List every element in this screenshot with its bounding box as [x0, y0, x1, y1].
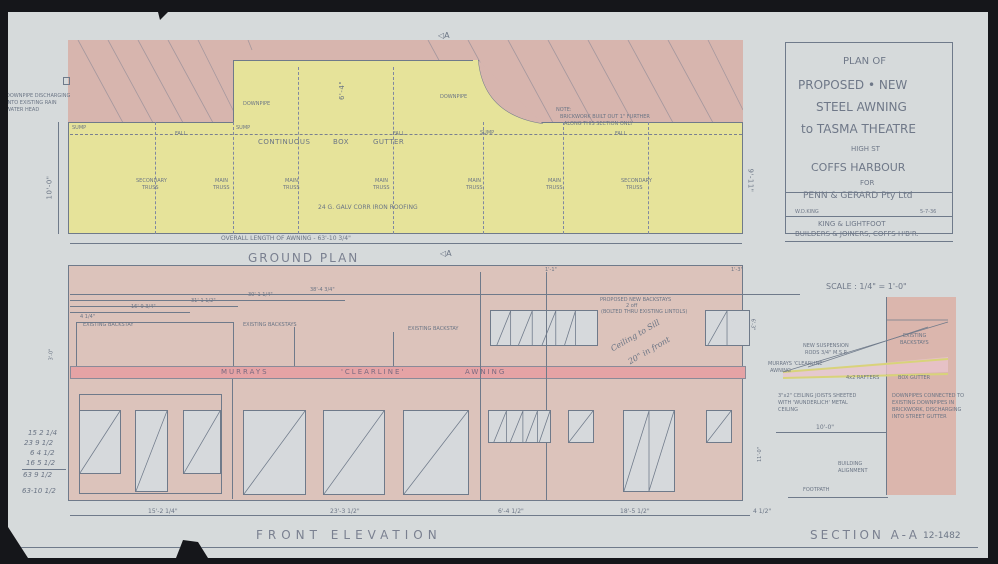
- truss-line: [298, 67, 299, 234]
- fall-label: FALL: [615, 132, 626, 137]
- existing-backstay: [76, 322, 77, 366]
- pilaster: [480, 272, 481, 500]
- new-backstays-note: (BOLTED THRU EXISTING LINTOLS): [601, 310, 687, 315]
- section-aa-title: SECTION A-A: [810, 529, 920, 541]
- building-alignment-label: ALIGNMENT: [838, 469, 868, 474]
- awning-sign-text: 'CLEARLINE': [341, 369, 405, 376]
- margin-calc: 63 9 1/2: [23, 472, 52, 479]
- awning-sign: [70, 366, 746, 379]
- brickwork-note: ALONG THIS SECTION ONLY: [564, 122, 633, 127]
- suspension-rods-label: RODS 3/4" M.S.R.: [805, 351, 849, 356]
- dim-right: 9'-11": [747, 168, 754, 192]
- title-line-1: PLAN OF: [843, 57, 886, 67]
- brickwork-note: BRICKWORK BUILT OUT 1" FURTHER: [560, 115, 650, 120]
- dim-1-3: 1'-3": [731, 268, 743, 273]
- overall-length: OVERALL LENGTH OF AWNING - 63'-10 3/4": [218, 236, 354, 242]
- murrays-awning-label: AWNING: [770, 369, 791, 374]
- dim-bottom: 4 1/2": [753, 509, 771, 515]
- shop-door: [135, 410, 168, 492]
- calc-rule: [22, 469, 66, 470]
- downpipes-label: INTO STREET GUTTER: [892, 415, 947, 420]
- downpipe-label: DOWNPIPE: [243, 102, 270, 107]
- awning-sign-text: MURRAYS: [221, 369, 269, 376]
- dim-3-0: 3'-0": [49, 349, 54, 361]
- downpipe-note: INTO EXISTING RAIN: [6, 101, 57, 106]
- truss-label: MAIN: [285, 179, 298, 184]
- truss-label: MAIN: [468, 179, 481, 184]
- existing-backstay: [393, 332, 394, 366]
- box-gutter-label: BOX GUTTER: [898, 376, 930, 381]
- section-marker-bottom: ◁A: [440, 250, 452, 258]
- sheet-border-bottom: [18, 547, 978, 548]
- truss-label: SECONDARY: [136, 179, 167, 184]
- small-window: [568, 410, 594, 443]
- gutter-label: BOX: [333, 139, 349, 146]
- truss-label: SECONDARY: [621, 179, 652, 184]
- ceiling-label: CEILING: [778, 408, 798, 413]
- margin-calc: 23 9 1/2: [24, 440, 53, 447]
- front-elevation-title: FRONT ELEVATION: [256, 529, 442, 541]
- existing-backstay: [294, 327, 295, 366]
- rain-water-head: [63, 77, 70, 85]
- title-frame: [785, 42, 953, 234]
- truss-label: MAIN: [375, 179, 388, 184]
- footpath-label: FOOTPATH: [803, 488, 829, 493]
- truss-line: [233, 122, 234, 234]
- theatre-door: [243, 410, 306, 495]
- theatre-door: [323, 410, 385, 495]
- ceiling-label: WITH 'WUNDERLICH' METAL: [778, 401, 848, 406]
- ceiling-label: 3"x2" CEILING JOISTS SHEETED: [778, 394, 856, 399]
- ground-plan-title: GROUND PLAN: [248, 252, 359, 264]
- footpath-line: [788, 497, 888, 498]
- dim-6-3: 6'-3": [749, 319, 754, 331]
- dim-line: [70, 294, 800, 295]
- backstay-label: EXISTING BACKSTAY: [408, 327, 458, 332]
- title-divider-2: [785, 216, 953, 217]
- roofing-note: 24 G. GALV CORR IRON ROOFING: [318, 205, 418, 211]
- truss-label: TRUSS: [373, 186, 390, 191]
- shop-window: [79, 410, 121, 474]
- dim-top: 38'-4 3/4": [310, 288, 335, 293]
- title-line-7: FOR: [860, 180, 874, 187]
- title-line-8: PENN & GERARD Pty Ltd: [803, 192, 912, 201]
- dim-top: 30'-1 1/4": [248, 293, 273, 298]
- title-divider-3: [785, 241, 953, 242]
- dim-bottom: 6'-4 1/2": [496, 509, 526, 515]
- suspension-rods-label: NEW SUSPENSION: [803, 344, 849, 349]
- margin-calc: 6 4 1/2: [30, 450, 55, 457]
- transom-window: [488, 410, 551, 443]
- downpipe-label: DOWNPIPE: [440, 95, 467, 100]
- builder-line-1: KING & LIGHTFOOT: [818, 221, 885, 228]
- truss-label: TRUSS: [626, 186, 643, 191]
- downpipes-label: BRICKWORK, DISCHARGING: [892, 408, 961, 413]
- building-alignment-label: BUILDING: [838, 462, 862, 467]
- drawing-number: 12-1482: [923, 532, 961, 541]
- backstay-label: EXISTING BACKSTAY: [83, 323, 133, 328]
- sump-label: SUMP: [480, 131, 494, 136]
- dim-top: 16'-9 3/4": [131, 305, 156, 310]
- truss-label: MAIN: [548, 179, 561, 184]
- fall-label: FALL: [393, 132, 404, 137]
- theatre-door: [403, 410, 469, 495]
- drawing-date: 5-7-36: [920, 210, 936, 215]
- downpipe-note: WATER HEAD: [6, 108, 39, 113]
- title-line-2: PROPOSED • NEW: [798, 79, 907, 91]
- small-window: [706, 410, 732, 443]
- title-line-5: HIGH ST: [851, 146, 880, 153]
- section-width: 10'-0": [816, 425, 834, 431]
- existing-backstays-label: BACKSTAYS: [900, 341, 929, 346]
- double-door: [623, 410, 675, 492]
- awning-inset-area: [233, 60, 479, 125]
- gutter-label: CONTINUOUS: [258, 139, 310, 146]
- drawing-sheet: ◁A DOWNPIPE DISCHARGING INTO EXISTING RA…: [8, 12, 988, 558]
- sump-label: SUMP: [72, 126, 86, 131]
- gutter-label: GUTTER: [373, 139, 404, 146]
- dim-line: [70, 312, 190, 313]
- drawn-by: W.D.KING: [795, 210, 819, 215]
- truss-label: MAIN: [215, 179, 228, 184]
- margin-calc: 63-10 1/2: [22, 488, 56, 495]
- curved-brick-edge: [473, 60, 553, 126]
- gutter-line: [70, 134, 742, 135]
- sump-label: SUMP: [236, 126, 250, 131]
- title-line-6: COFFS HARBOUR: [811, 162, 905, 173]
- title-line-4: to TASMA THEATRE: [801, 123, 916, 135]
- dim-bottom: 23'-3 1/2": [328, 509, 362, 515]
- murrays-awning-label: MURRAYS 'CLEARLINE': [768, 362, 824, 367]
- title-line-3: STEEL AWNING: [816, 101, 907, 113]
- truss-label: TRUSS: [142, 186, 159, 191]
- truss-label: TRUSS: [466, 186, 483, 191]
- dim-line-left: [58, 122, 59, 234]
- existing-backstay: [233, 322, 234, 366]
- upper-window: [490, 310, 598, 346]
- rafters-label: 4x2 RAFTERS: [846, 376, 879, 381]
- brickwork-note: NOTE:: [556, 108, 572, 113]
- overall-dim-line: [70, 243, 742, 244]
- section-marker-top: ◁A: [438, 32, 450, 40]
- margin-calc: 15 2 1/4: [28, 430, 57, 437]
- downpipes-label: DOWNPIPES CONNECTED TO: [892, 394, 964, 399]
- existing-backstays-label: EXISTING: [903, 334, 926, 339]
- dim-bottom: 18'-5 1/2": [618, 509, 652, 515]
- upper-window: [705, 310, 750, 346]
- dim-line-bottom: [70, 515, 750, 516]
- dim-11-0: 11'-0": [758, 447, 763, 462]
- scale: SCALE : 1/4" = 1'-0": [826, 283, 907, 291]
- backstay-label: EXISTING BACKSTAYS: [243, 323, 297, 328]
- downpipe-note: DOWNPIPE DISCHARGING: [6, 94, 70, 99]
- truss-label: TRUSS: [213, 186, 230, 191]
- downpipes-label: EXISTING DOWNPIPES IN: [892, 401, 954, 406]
- awning-sign-text: AWNING: [465, 369, 506, 376]
- section-width-dim: [776, 432, 886, 433]
- dim-top: 4 1/4": [80, 315, 95, 320]
- builder-line-2: BUILDERS & JOINERS, COFFS H'B'R.: [795, 231, 919, 238]
- truss-line: [563, 122, 564, 234]
- truss-line: [483, 122, 484, 234]
- fall-label: FALL: [175, 132, 186, 137]
- pilaster: [232, 379, 233, 499]
- truss-label: TRUSS: [546, 186, 563, 191]
- margin-calc: 16 5 1/2: [26, 460, 55, 467]
- shop-window: [183, 410, 221, 474]
- dim-left: 10'-0": [47, 175, 54, 199]
- dim-top: 31'-1 1/2": [191, 299, 216, 304]
- inset-depth-dim: 6'-4": [339, 81, 346, 100]
- pilaster: [546, 272, 547, 500]
- dim-bottom: 15'-2 1/4": [146, 509, 180, 515]
- truss-label: TRUSS: [283, 186, 300, 191]
